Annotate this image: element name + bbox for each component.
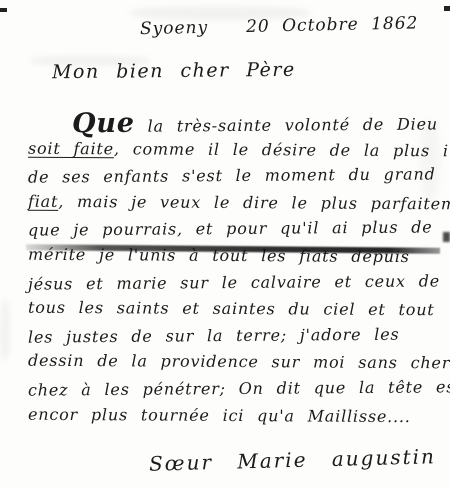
line-text: les justes de sur la terre; j'adore les [28,324,400,346]
line-text: , comme il le désire de la plus ingrate [114,139,450,160]
manuscript-line: soit faite, comme il le désire de la plu… [28,135,438,164]
manuscript-line: jésus et marie sur le calvaire et ceux d… [28,268,438,298]
line-text: jésus et marie sur le calvaire et ceux d… [28,271,440,293]
signature: Sœur Marie augustin [149,444,436,476]
manuscript-line: les justes de sur la terre; j'adore les [28,321,438,351]
line-text: chez à les pénétrer; On dit que la tête … [28,377,450,399]
ink-speck [0,8,7,12]
ink-speck [443,232,450,242]
place-name: Syoeny [140,18,209,39]
line-text: dessin de la providence sur moi sans che… [28,351,450,373]
letter-date: 20 Octobre 1862 [246,13,419,37]
ink-speck [444,6,450,11]
manuscript-line: de ses enfants s'est le moment du grand [28,162,438,192]
line-text: tous les saints et saintes du ciel et to… [28,298,435,319]
manuscript-line: que je pourrais, et pour qu'il ai plus d… [28,215,438,245]
scan-artifact [0,300,10,360]
letter-scan-paper: Syoeny 20 Octobre 1862 Mon bien cher Pèr… [0,0,450,488]
manuscript-line: fiat, mais je veux le dire le plus parfa… [28,189,438,218]
line-text: , mais je veux le dire le plus parfaitem… [58,192,450,214]
letter-body: Que la très-sainte volonté de Dieusoit f… [28,110,438,429]
manuscript-line: tous les saints et saintes du ciel et to… [28,295,438,324]
line-text: que je pourrais, et pour qu'il ai plus d… [28,218,433,240]
underlined-text: soit faite [28,138,114,158]
manuscript-line: Que la très-sainte volonté de Dieu [28,108,438,138]
manuscript-line: chez à les pénétrer; On dit que la tête … [28,374,438,404]
line-text: la très-sainte volonté de Dieu [135,114,438,135]
line-text: de ses enfants s'est le moment du grand [28,165,436,187]
line-text: Que [72,108,135,139]
salutation: Mon bien cher Père [52,59,296,84]
manuscript-line: encor plus tournée ici qu'a Maillisse...… [28,401,438,430]
line-text: encor plus tournée ici qu'a Maillisse...… [28,404,411,425]
manuscript-line: dessin de la providence sur moi sans che… [28,348,438,377]
underlined-text: fiat [28,192,58,211]
